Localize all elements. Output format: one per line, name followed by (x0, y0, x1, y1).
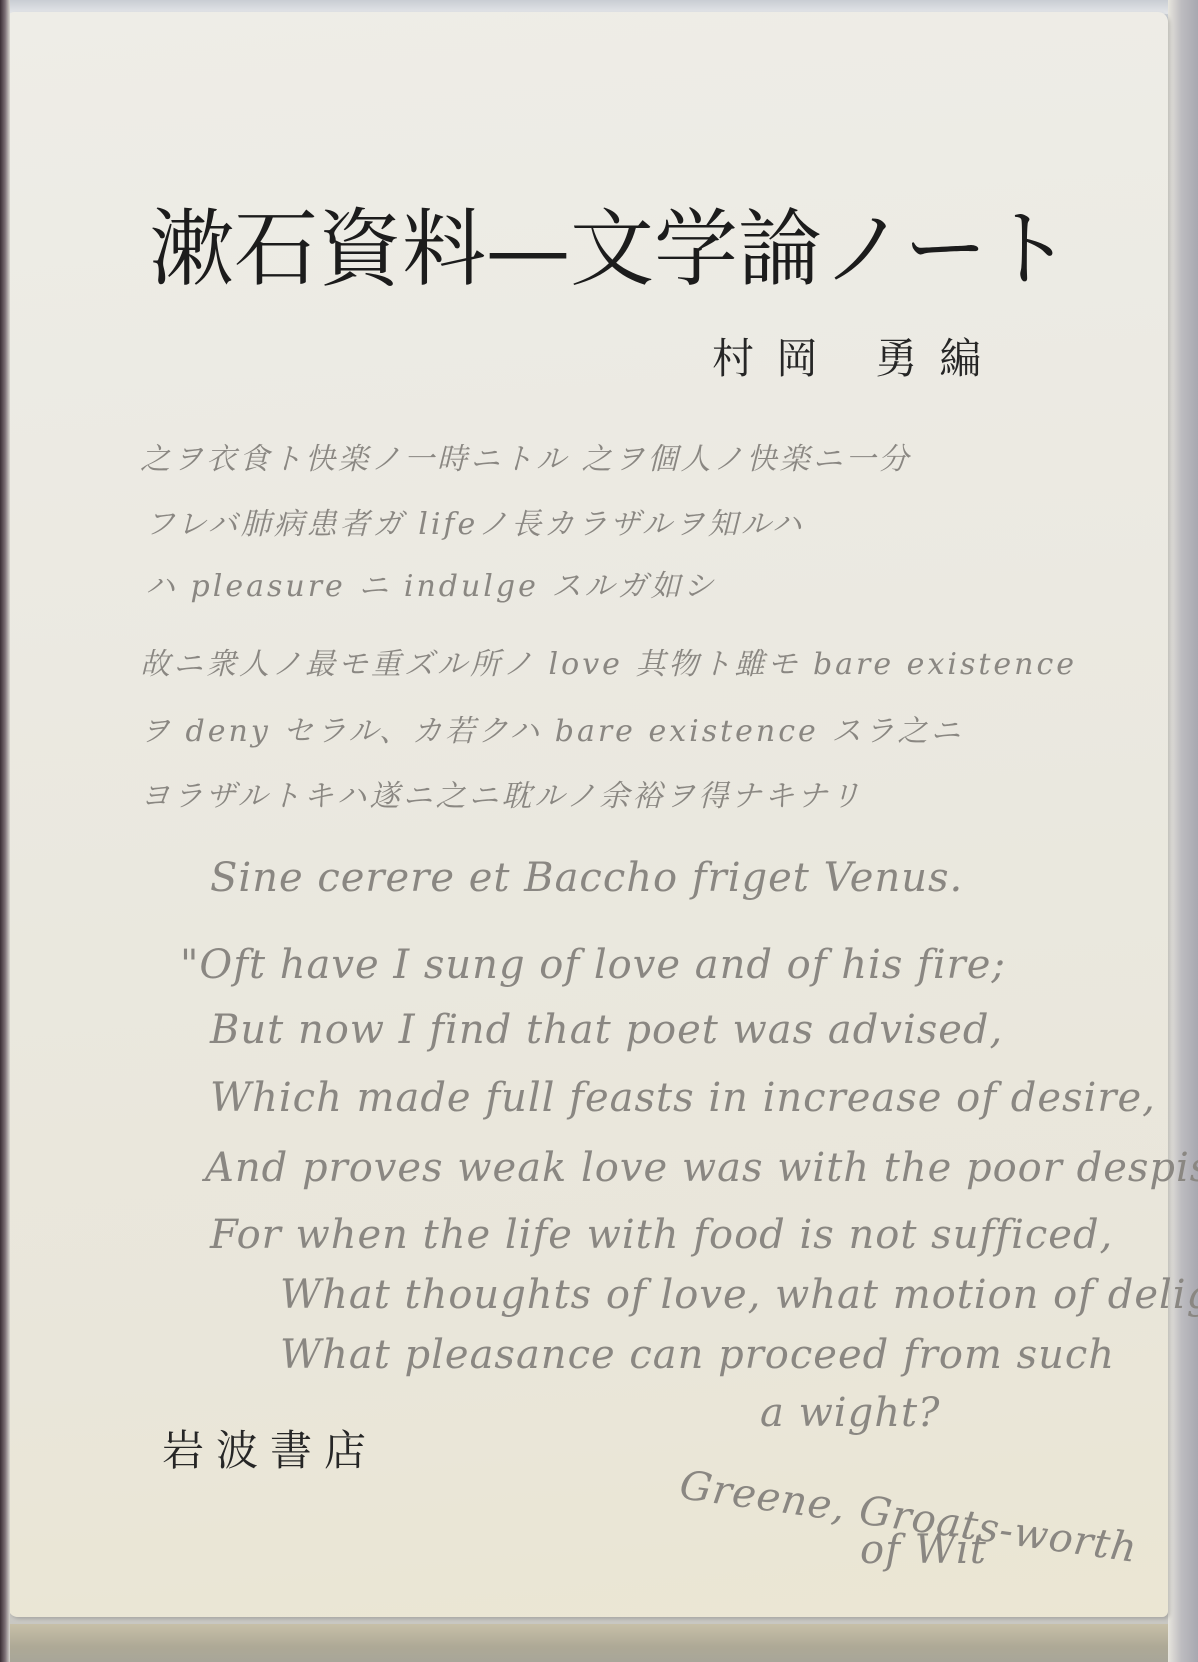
book-editor: 村岡 勇編 (712, 338, 1003, 380)
publisher-name: 岩波書店 (162, 1430, 378, 1472)
case-right-edge (1168, 0, 1198, 1662)
case-bottom-edge (0, 1624, 1198, 1662)
book-title: 漱石資料—文学論ノート (150, 207, 1071, 291)
left-shadow (0, 0, 10, 1662)
